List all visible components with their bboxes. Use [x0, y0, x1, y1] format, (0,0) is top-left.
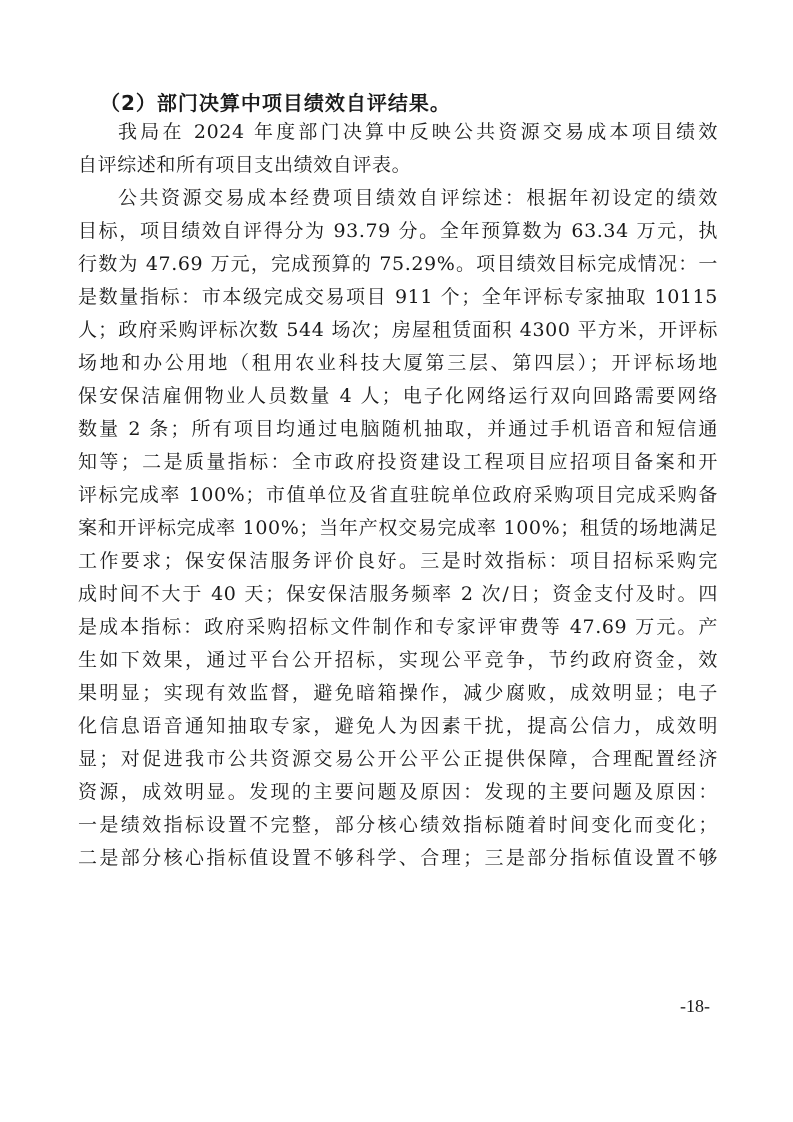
paragraph-2-line: 成时间不大于 40 天；保安保洁服务频率 2 次/日；资金支付及时。四	[78, 582, 718, 606]
section-heading: （2）部门决算中项目绩效自评结果。	[100, 87, 451, 116]
paragraph-2-line: 显；对促进我市公共资源交易公开公平公正提供保障，合理配置经济	[78, 747, 718, 771]
paragraph-1-line: 我局在 2024 年度部门决算中反映公共资源交易成本项目绩效	[118, 120, 718, 144]
paragraph-2-line: 资源，成效明显。发现的主要问题及原因：发现的主要问题及原因：	[78, 780, 718, 804]
paragraph-2-line: 一是绩效指标设置不完整，部分核心绩效指标随着时间变化而变化；	[78, 813, 718, 837]
paragraph-2-line: 是成本指标：政府采购招标文件制作和专家评审费等 47.69 万元。产	[78, 615, 718, 639]
paragraph-2-line: 人；政府采购评标次数 544 场次；房屋租赁面积 4300 平方米，开评标	[78, 318, 718, 342]
document-page: （2）部门决算中项目绩效自评结果。 我局在 2024 年度部门决算中反映公共资源…	[0, 0, 793, 1122]
paragraph-2-line: 化信息语音通知抽取专家，避免人为因素干扰，提高公信力，成效明	[78, 714, 718, 738]
paragraph-2-line: 数量 2 条；所有项目均通过电脑随机抽取，并通过手机语音和短信通	[78, 417, 718, 441]
paragraph-2-line: 行数为 47.69 万元，完成预算的 75.29%。项目绩效目标完成情况：一	[78, 252, 718, 276]
paragraph-2-line: 场地和办公用地（租用农业科技大厦第三层、第四层）；开评标场地	[78, 351, 718, 375]
paragraph-2-line: 果明显；实现有效监督，避免暗箱操作，减少腐败，成效明显；电子	[78, 681, 718, 705]
paragraph-2-line: 工作要求；保安保洁服务评价良好。三是时效指标：项目招标采购完	[78, 549, 718, 573]
paragraph-2-line: 保安保洁雇佣物业人员数量 4 人；电子化网络运行双向回路需要网络	[78, 384, 718, 408]
paragraph-1-line: 自评综述和所有项目支出绩效自评表。	[78, 153, 718, 177]
paragraph-2-line: 公共资源交易成本经费项目绩效自评综述：根据年初设定的绩效	[118, 186, 718, 210]
paragraph-2-line: 生如下效果，通过平台公开招标，实现公平竞争，节约政府资金，效	[78, 648, 718, 672]
paragraph-2-line: 案和开评标完成率 100%；当年产权交易完成率 100%；租赁的场地满足	[78, 516, 718, 540]
paragraph-2-line: 评标完成率 100%；市值单位及省直驻皖单位政府采购项目完成采购备	[78, 483, 718, 507]
page-number: -18-	[680, 996, 710, 1017]
paragraph-2-line: 二是部分核心指标值设置不够科学、合理；三是部分指标值设置不够	[78, 846, 718, 870]
paragraph-2-line: 目标，项目绩效自评得分为 93.79 分。全年预算数为 63.34 万元，执	[78, 219, 718, 243]
paragraph-2-line: 是数量指标：市本级完成交易项目 911 个；全年评标专家抽取 10115	[78, 285, 718, 309]
paragraph-2-line: 知等；二是质量指标：全市政府投资建设工程项目应招项目备案和开	[78, 450, 718, 474]
